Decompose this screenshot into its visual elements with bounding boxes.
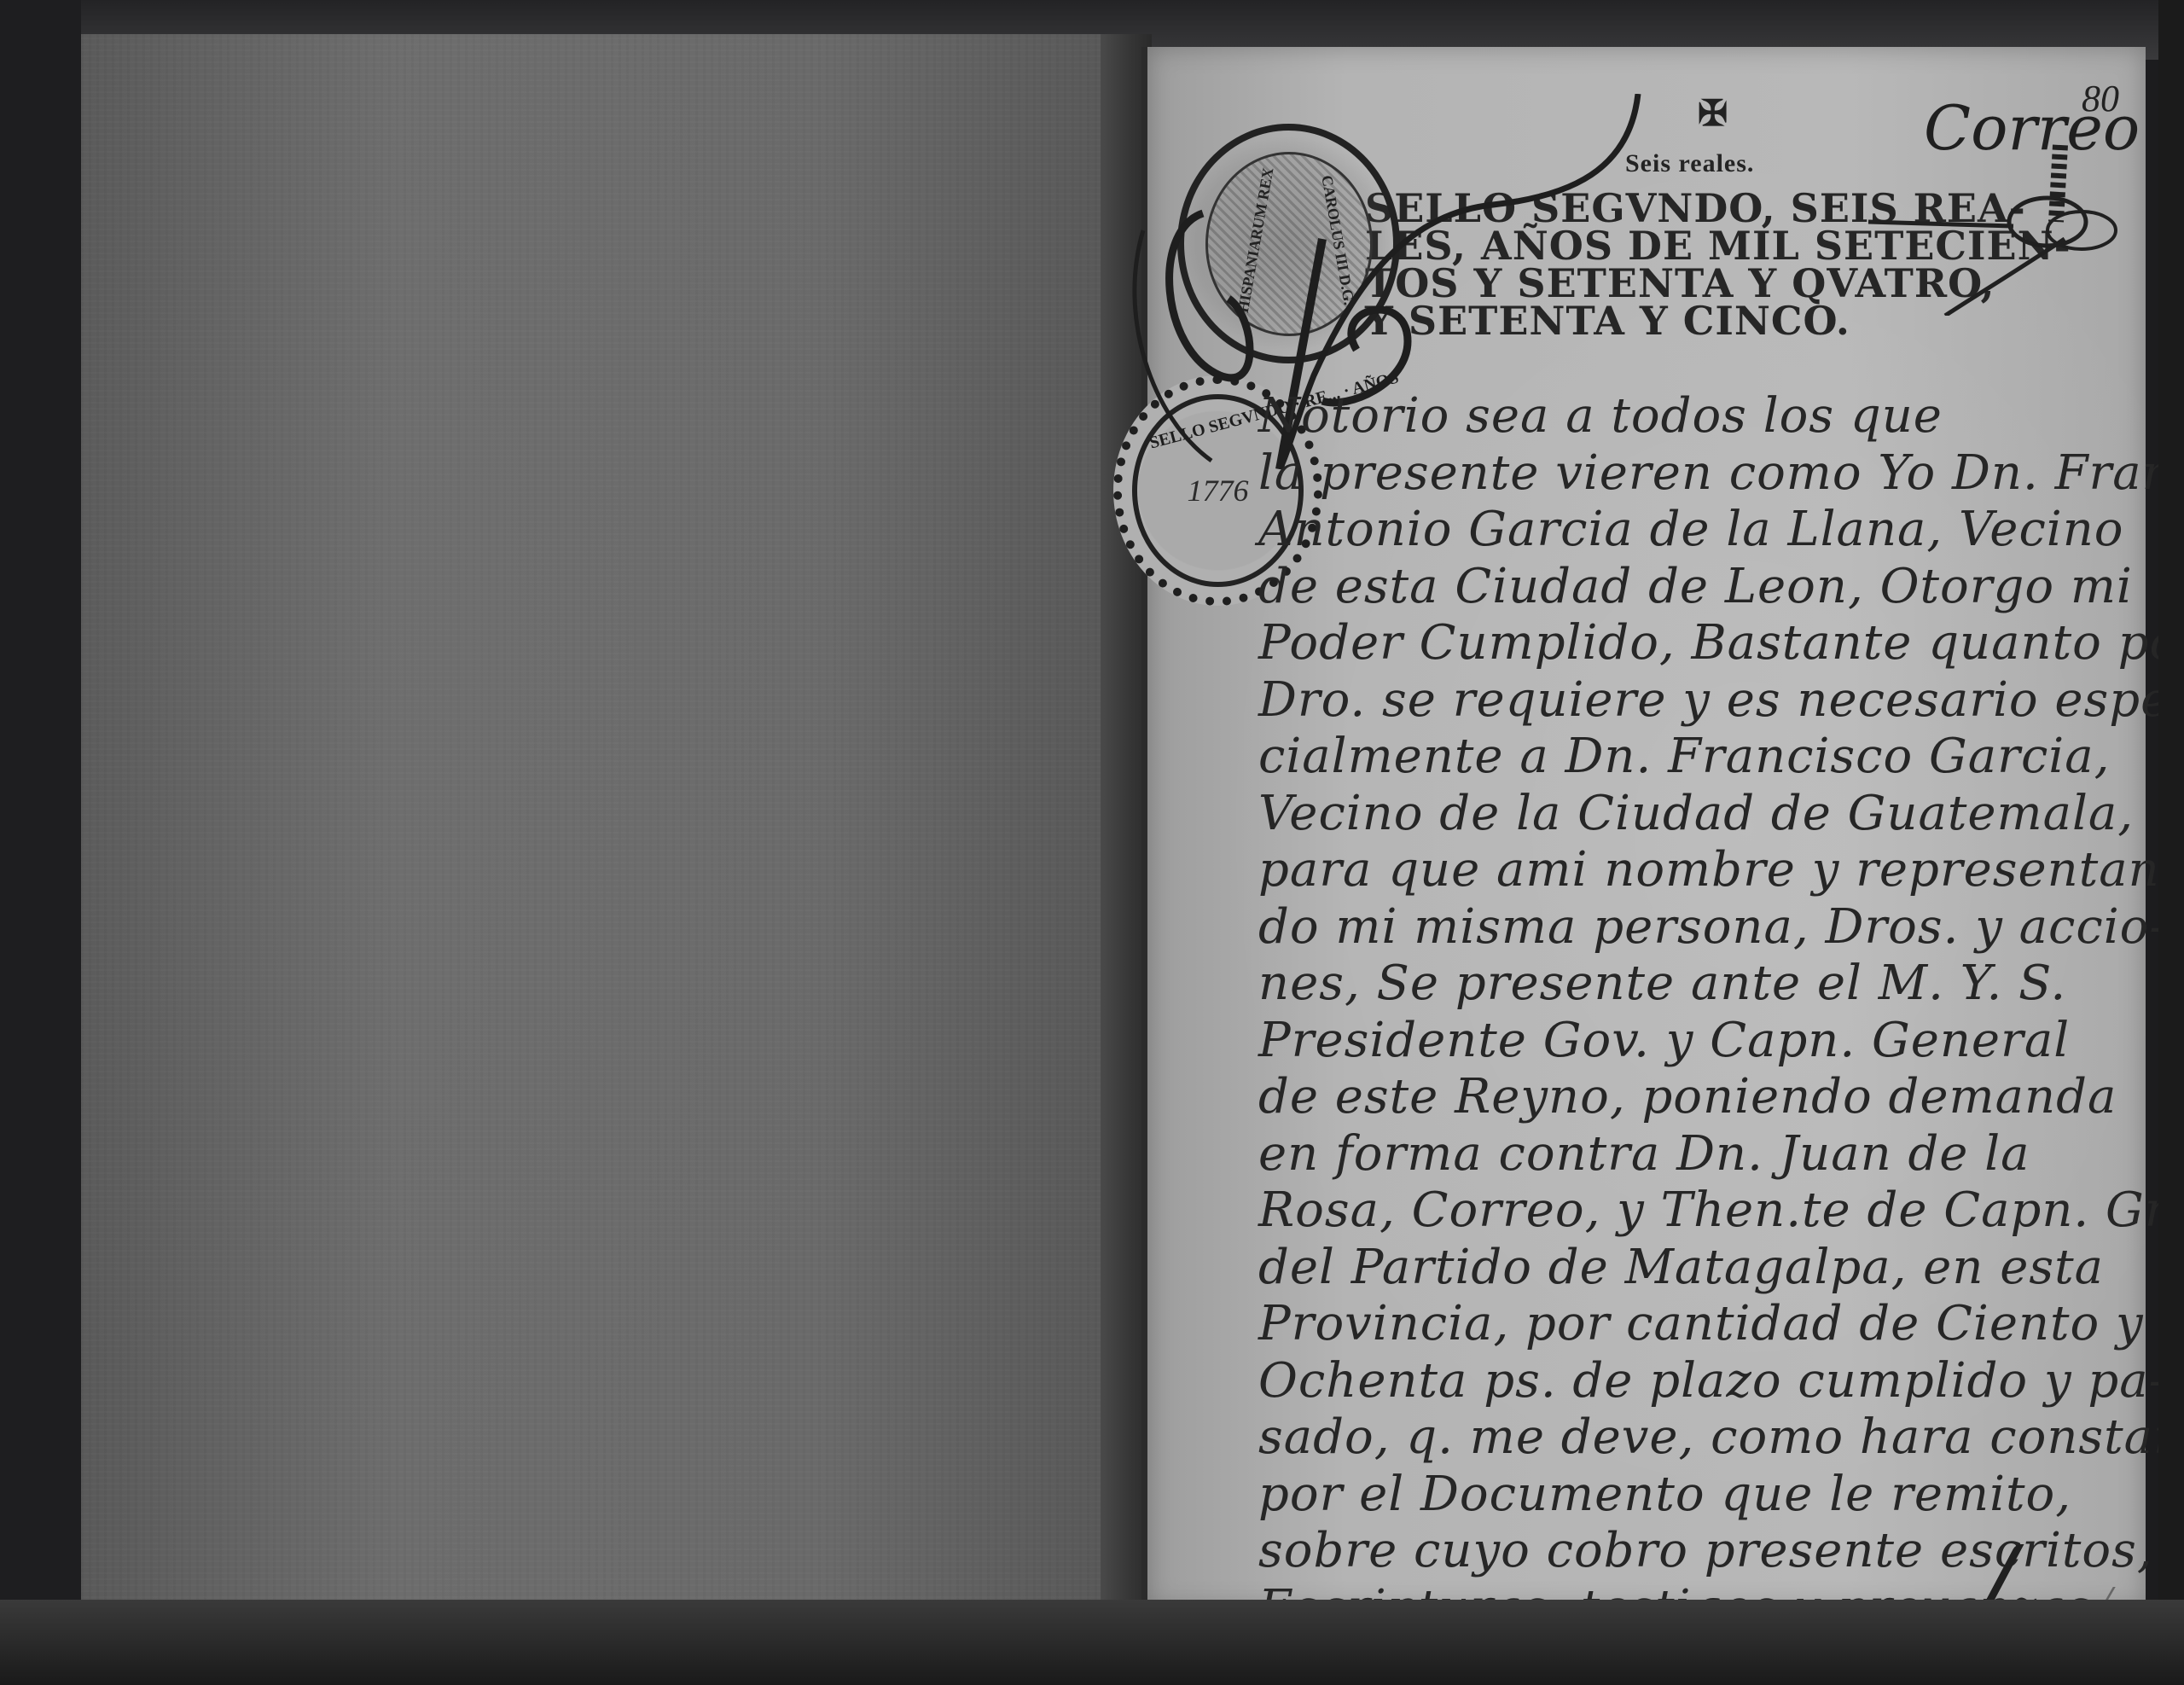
manuscript-line: sado, q. me deve, como hara constar — [1258, 1409, 2111, 1467]
manuscript-line: cialmente a Dn. Francisco Garcia, — [1258, 729, 2111, 786]
microfilm-border-left — [0, 0, 81, 1685]
manuscript-line: la presente vieren como Yo Dn. Fran.co — [1258, 445, 2111, 503]
manuscript-line: Dro. se requiere y es necesario espe- — [1258, 672, 2111, 729]
manuscript-line: do mi misma persona, Dros. y accio- — [1258, 899, 2111, 956]
manuscript-line: nes, Se presente ante el M. Y. S. — [1258, 956, 2111, 1013]
manuscript-body: Notorio sea a todos los que la presente … — [1258, 388, 2111, 1636]
manuscript-line: Ochenta ps. de plazo cumplido y pa- — [1258, 1353, 2111, 1410]
folio-number: 80 — [2082, 77, 2119, 120]
manuscript-line: en forma contra Dn. Juan de la — [1258, 1126, 2111, 1183]
manuscript-line: Poder Cumplido, Bastante quanto por — [1258, 615, 2111, 672]
microfilm-border-bottom — [0, 1600, 2184, 1685]
manuscript-line: Rosa, Correo, y Then.te de Capn. Gral. — [1258, 1182, 2111, 1240]
manuscript-line: sobre cuyo cobro presente escritos, — [1258, 1523, 2111, 1580]
left-page-verso-blank — [81, 34, 1130, 1604]
manuscript-line: de este Reyno, poniendo demanda — [1258, 1069, 2111, 1126]
manuscript-line: Provincia, por cantidad de Ciento y — [1258, 1296, 2111, 1353]
manuscript-line: para que ami nombre y representan- — [1258, 842, 2111, 899]
manuscript-line: del Partido de Matagalpa, en esta — [1258, 1240, 2111, 1297]
manuscript-line: Presidente Gov. y Capn. General — [1258, 1013, 2111, 1070]
rubric-flourish-icon — [1843, 128, 2133, 316]
manuscript-line: de esta Ciudad de Leon, Otorgo mi — [1258, 559, 2111, 616]
manuscript-line: por el Documento que le remito, — [1258, 1467, 2111, 1524]
revalidation-seal-center: 1776 — [1188, 476, 1249, 505]
microfilm-border-right — [2158, 0, 2184, 1685]
manuscript-line: Vecino de la Ciudad de Guatemala, — [1258, 786, 2111, 843]
manuscript-line: Notorio sea a todos los que — [1258, 388, 2111, 445]
manuscript-line: Antonio Garcia de la Llana, Vecino — [1258, 502, 2111, 559]
